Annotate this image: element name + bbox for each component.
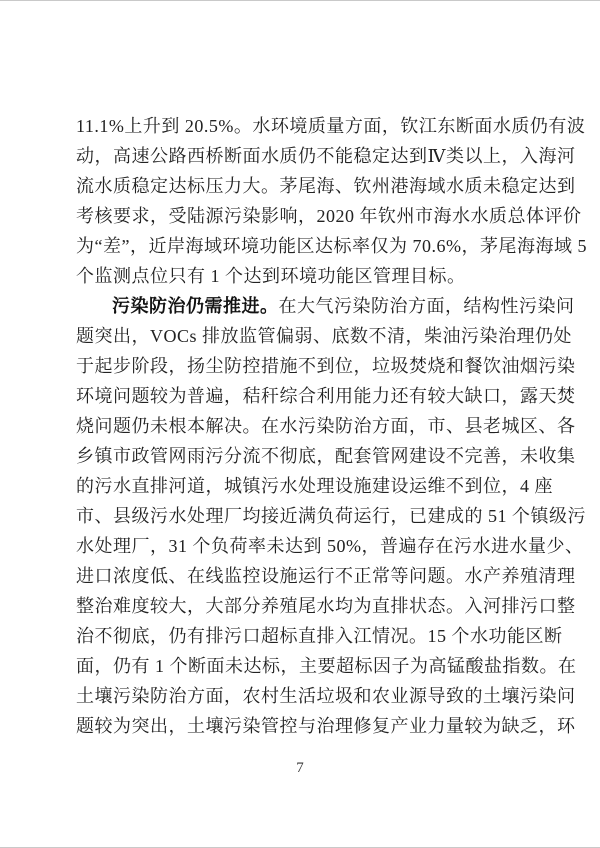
page-number: 7 — [0, 758, 600, 778]
paragraph-lead-bold: 污染防治仍需推进。 — [112, 296, 279, 316]
text-line: 水处理厂，31 个负荷率未达到 50%，普遍存在污水进水量少、 — [76, 531, 528, 561]
text-line: 土壤污染防治方面，农村生活垃圾和农业源导致的土壤污染问 — [76, 681, 528, 711]
text-line: 环境问题较为普遍，秸秆综合利用能力还有较大缺口，露天焚 — [76, 381, 528, 411]
text-line: 题突出，VOCs 排放监管偏弱、底数不清，柴油污染治理仍处 — [76, 321, 528, 351]
text-line: 个监测点位只有 1 个达到环境功能区管理目标。 — [76, 261, 528, 291]
document-page: 11.1%上升到 20.5%。水环境质量方面，钦江东断面水质仍有波 动，高速公路… — [0, 0, 600, 848]
paragraph-lead-rest: 在大气污染防治方面，结构性污染问 — [279, 296, 575, 316]
text-line: 流水质稳定达标压力大。茅尾海、钦州港海域水质未稳定达到 — [76, 171, 528, 201]
text-line: 市、县级污水处理厂均接近满负荷运行，已建成的 51 个镇级污 — [76, 501, 528, 531]
paragraph-first-line: 污染防治仍需推进。在大气污染防治方面，结构性污染问 — [76, 291, 528, 321]
text-line: 的污水直排河道，城镇污水处理设施建设运维不到位，4 座 — [76, 471, 528, 501]
text-line: 考核要求，受陆源污染影响，2020 年钦州市海水水质总体评价 — [76, 201, 528, 231]
text-line: 烧问题仍未根本解决。在水污染防治方面，市、县老城区、各 — [76, 411, 528, 441]
text-line: 整治难度较大，大部分养殖尾水均为直排状态。入河排污口整 — [76, 591, 528, 621]
text-line: 题较为突出，土壤污染管控与治理修复产业力量较为缺乏，环 — [76, 711, 528, 741]
text-line: 于起步阶段，扬尘防控措施不到位，垃圾焚烧和餐饮油烟污染 — [76, 351, 528, 381]
text-line: 动，高速公路西桥断面水质仍不能稳定达到Ⅳ类以上，入海河 — [76, 141, 528, 171]
text-line: 面，仍有 1 个断面未达标，主要超标因子为高锰酸盐指数。在 — [76, 651, 528, 681]
text-line: 治不彻底，仍有排污口超标直排入江情况。15 个水功能区断 — [76, 621, 528, 651]
body-text: 11.1%上升到 20.5%。水环境质量方面，钦江东断面水质仍有波 动，高速公路… — [76, 111, 528, 741]
text-line: 为“差”，近岸海域环境功能区达标率仅为 70.6%，茅尾海海域 5 — [76, 231, 528, 261]
text-line: 乡镇市政管网雨污分流不彻底，配套管网建设不完善，未收集 — [76, 441, 528, 471]
text-line: 11.1%上升到 20.5%。水环境质量方面，钦江东断面水质仍有波 — [76, 111, 528, 141]
text-line: 进口浓度低、在线监控设施运行不正常等问题。水产养殖清理 — [76, 561, 528, 591]
scan-edge-top — [0, 0, 600, 1]
